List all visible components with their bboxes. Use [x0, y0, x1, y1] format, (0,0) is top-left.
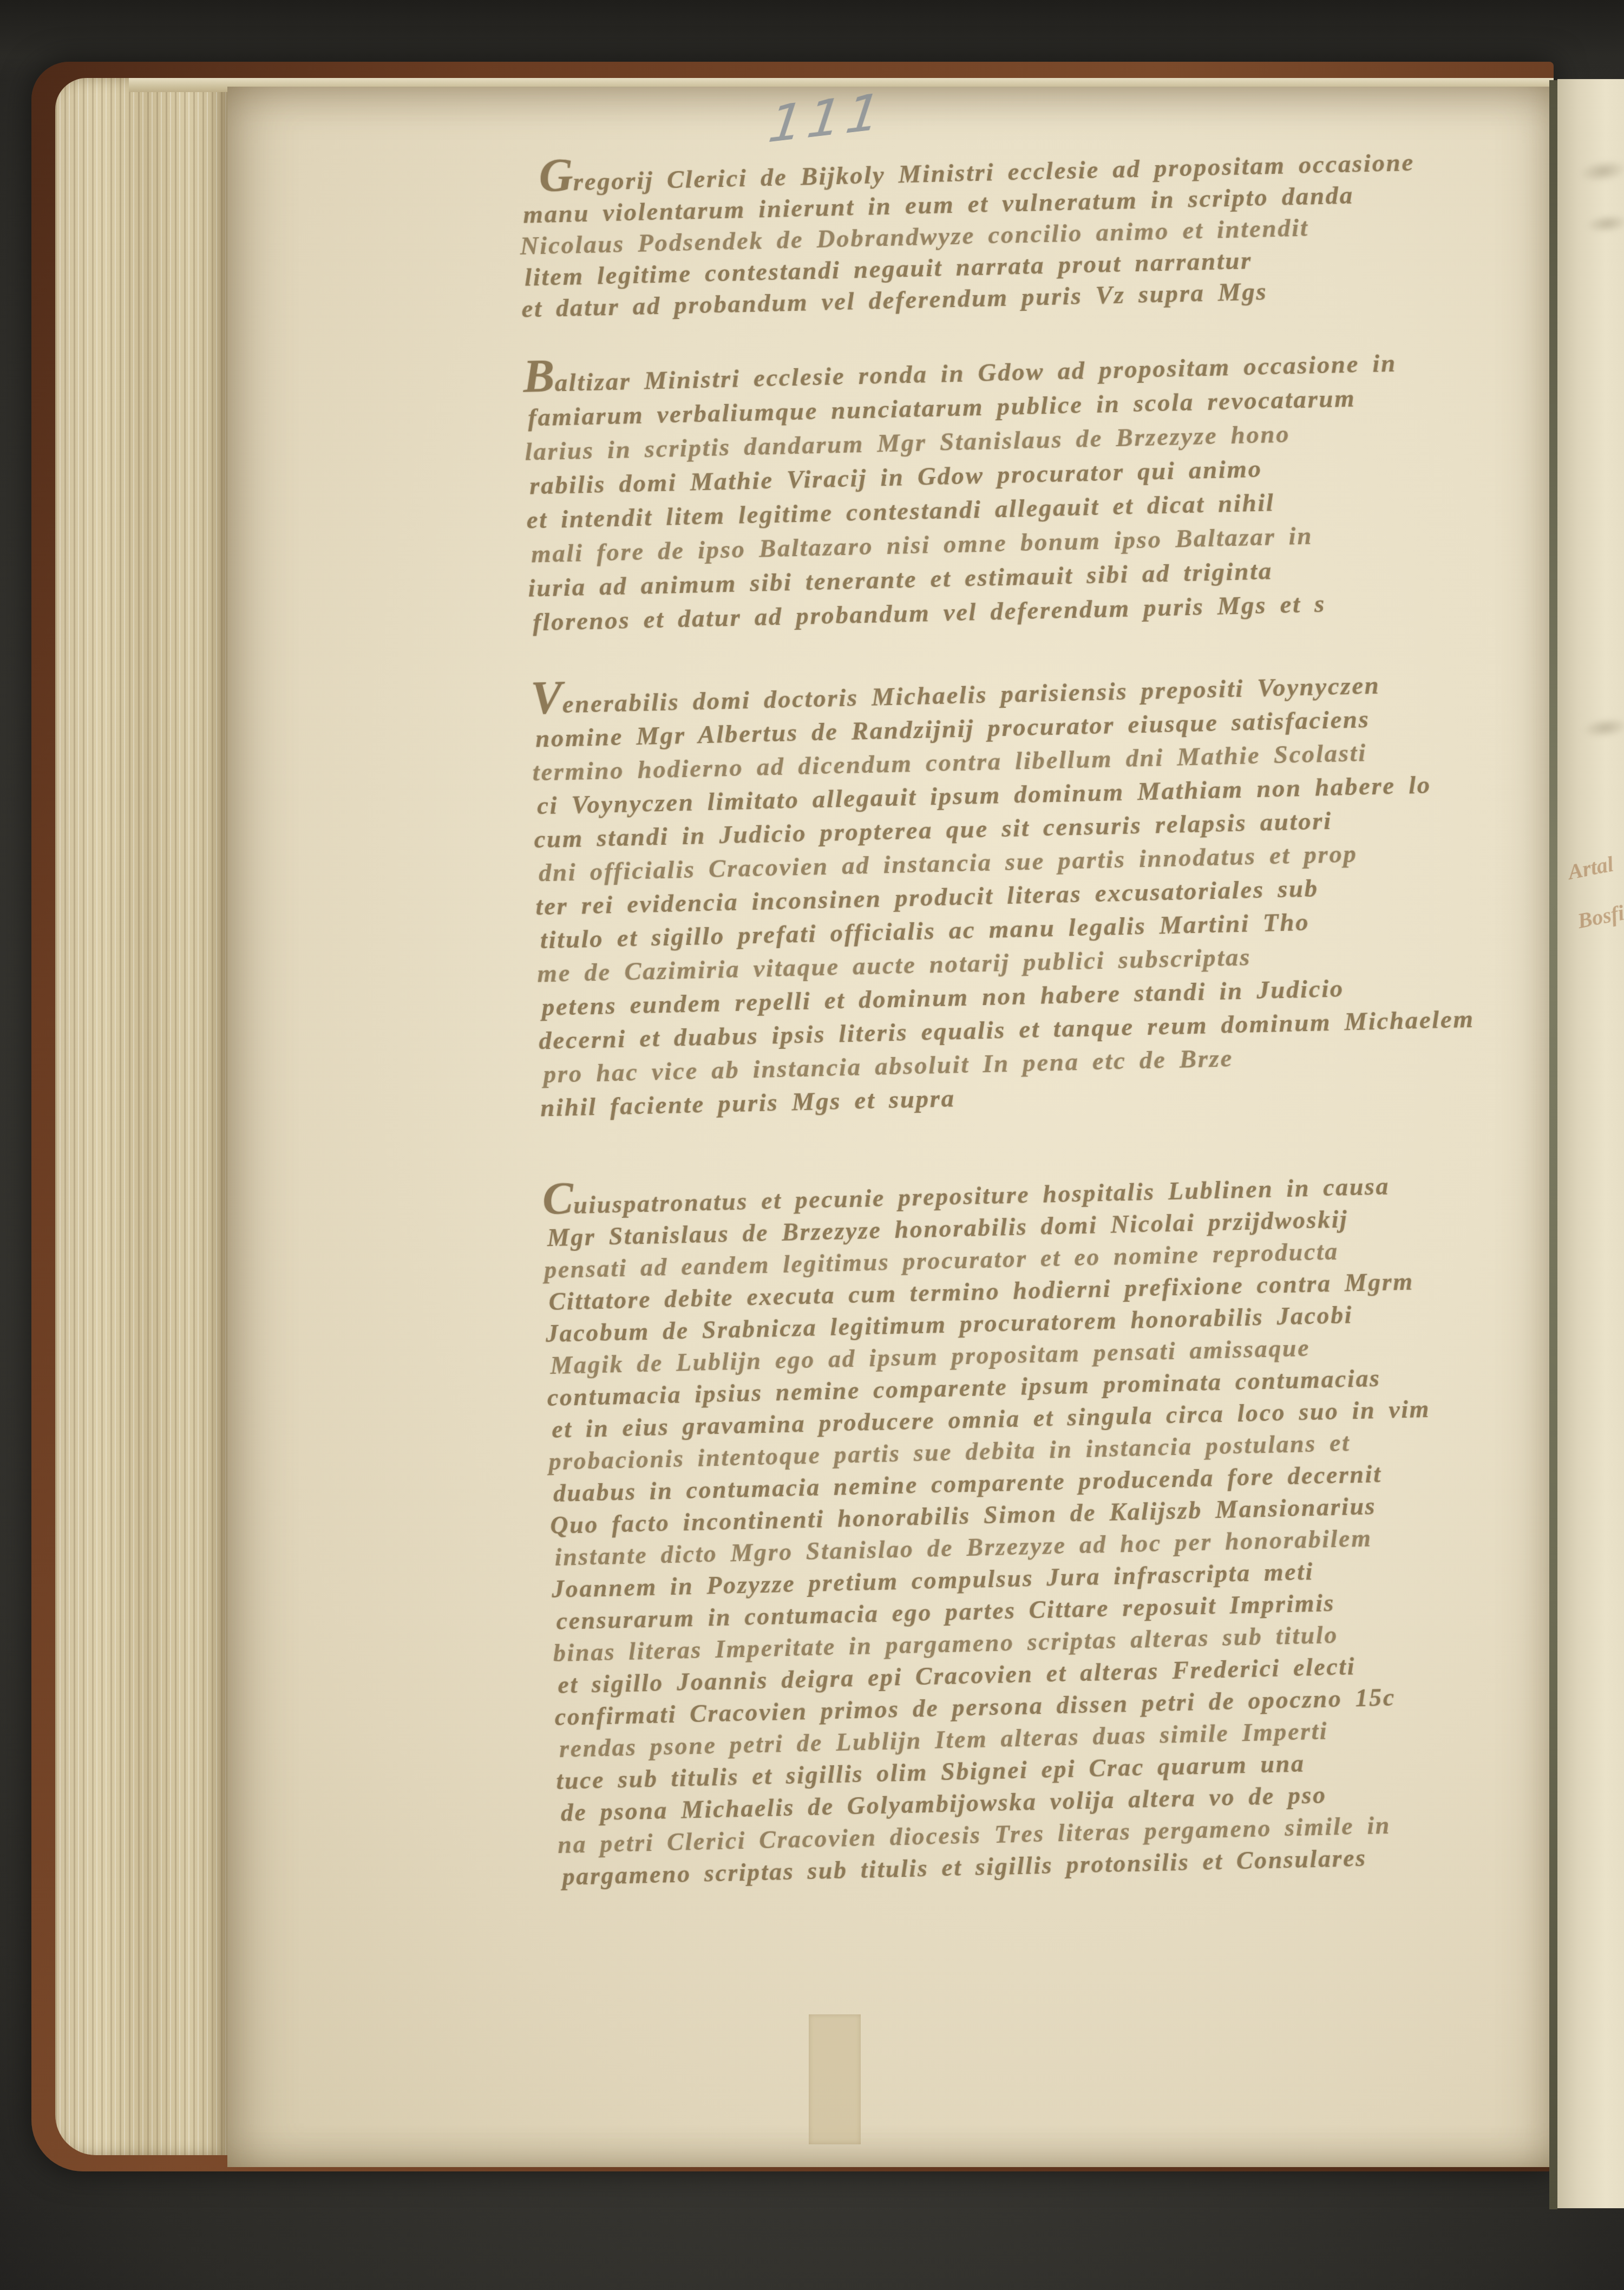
- entry-3: Venerabilis domi doctoris Michaelis pari…: [531, 659, 1476, 1125]
- entry-2: Baltizar Ministri ecclesie ronda in Gdow…: [523, 339, 1403, 640]
- manuscript-photograph: 111 Gregorij Clerici de Bijkoly Ministri…: [0, 0, 1624, 2290]
- offset-ink-ghost: [1578, 157, 1624, 185]
- entry-4: Cuiuspatronatus et pecunie prepositure h…: [542, 1163, 1438, 1893]
- facing-page-edge: Artal Bosfid: [1557, 79, 1624, 2208]
- handwritten-text-block: Gregorij Clerici de Bijkoly Ministri ecc…: [514, 0, 1609, 2003]
- marginal-note: Artal Bosfid: [1563, 837, 1624, 946]
- offset-ink-ghost: [1581, 715, 1624, 740]
- offset-ink-ghost: [1584, 212, 1624, 235]
- page-stack-fore-edge: [55, 78, 231, 2155]
- entry-1: Gregorij Clerici de Bijkoly Ministri ecc…: [518, 139, 1418, 325]
- page-gutter-groove: [1549, 80, 1557, 2209]
- repair-patch: [809, 2014, 861, 2144]
- marginal-note-line: Artal: [1563, 837, 1624, 897]
